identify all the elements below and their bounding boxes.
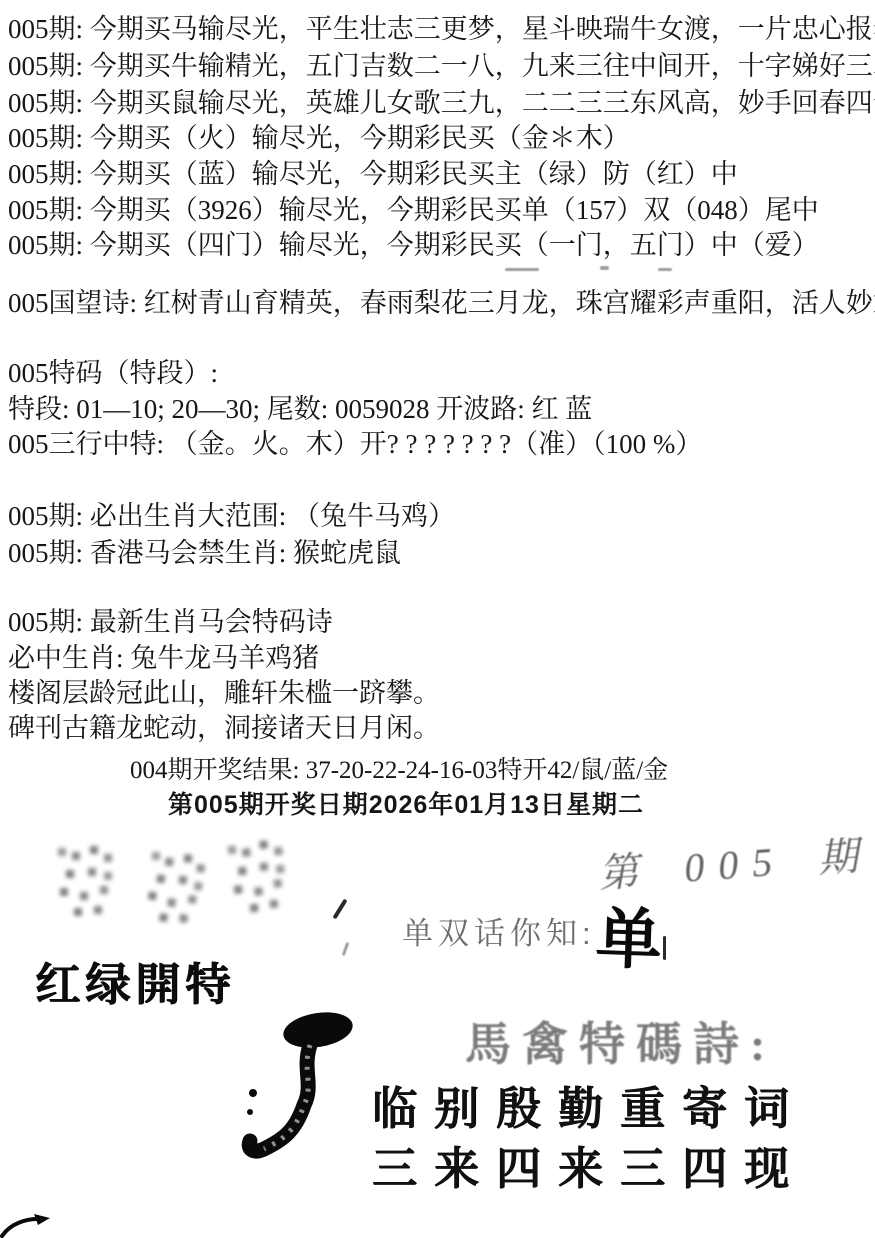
teduan-line: 特段: 01—10; 20—30; 尾数: 0059028 开波路: 红 蓝	[8, 394, 592, 425]
tema-poem-line-1: 楼阁层龄冠此山，雕轩朱槛一跻攀。	[8, 678, 440, 709]
guowang-poem: 005国望诗: 红树青山育精英，春雨梨花三月龙，珠宫耀彩声重阳，活人妙术神通大。	[8, 288, 875, 319]
faded-ink-smudge	[151, 851, 160, 860]
snake-body	[249, 1045, 310, 1151]
tip-line-4: 005期: 今期买（火）输尽光，今期彩民买（金＊木）	[8, 123, 630, 154]
odd-even-hint-label: 单双话你知:	[402, 908, 596, 953]
faded-ink-smudge	[58, 848, 66, 856]
corner-pen-stroke	[0, 1198, 70, 1238]
snake-speck	[249, 1089, 257, 1097]
stray-pen-mark	[663, 936, 666, 960]
stray-pen-mark	[332, 899, 347, 920]
faded-ink-smudge	[228, 846, 237, 855]
snake-head	[281, 1008, 355, 1053]
tema-poem-line-2: 碑刊古籍龙蛇动，洞接诸天日月闲。	[8, 713, 440, 744]
must-hit-zodiac: 必中生肖: 兔牛龙马羊鸡猪	[8, 643, 319, 674]
stray-pen-mark	[342, 942, 350, 956]
scan-noise-dash	[658, 268, 672, 271]
tip-line-7: 005期: 今期买（四门）输尽光，今期彩民买（一门，五门）中（爱）	[8, 230, 819, 261]
farewell-poem-line-1: 临别殷勤重寄词	[372, 1072, 806, 1137]
pen-stroke-tip	[34, 1214, 50, 1225]
banned-zodiac: 005期: 香港马会禁生肖: 猴蛇虎鼠	[8, 538, 401, 569]
scan-noise-dash	[505, 268, 539, 271]
tip-line-5: 005期: 今期买（蓝）输尽光，今期彩民买主（绿）防（红）中	[8, 159, 738, 190]
snake-speck	[247, 1109, 253, 1115]
scan-noise-dash	[600, 266, 609, 270]
tip-line-3: 005期: 今期买鼠输尽光，英雄儿女歌三九，二二三三东风高，妙手回春四十五。	[8, 88, 875, 119]
next-draw-date: 第005期开奖日期2026年01月13日星期二	[168, 791, 644, 820]
tema-poem-header: 005期: 最新生肖马会特码诗	[8, 607, 333, 638]
farewell-poem-line-2: 三来四来三四现	[372, 1132, 806, 1197]
horse-bird-poem-title: 馬禽特碼詩:	[465, 1008, 776, 1074]
tip-line-2: 005期: 今期买牛输精光，五门吉数二一八，九来三往中间开，十字娣好三二出。	[8, 51, 875, 82]
scanned-lottery-tip-sheet: 005期: 今期买马输尽光，平生壮志三更梦，星斗映瑞牛女渡，一片忠心报春秋。 0…	[0, 0, 875, 1238]
must-zodiac-range: 005期: 必出生肖大范围: （兔牛马鸡）	[8, 501, 455, 532]
tip-line-1: 005期: 今期买马输尽光，平生壮志三更梦，星斗映瑞牛女渡，一片忠心报春秋。	[8, 14, 875, 45]
red-green-open-special-stamp: 红绿開特	[35, 948, 235, 1013]
odd-even-hint-value: 单	[594, 885, 663, 982]
tip-line-6: 005期: 今期买（3926）输尽光，今期彩民买单（157）双（048）尾中	[8, 195, 819, 226]
snake-graphic	[240, 1000, 370, 1180]
sanhang-line: 005三行中特: （金。火。木）开? ? ? ? ? ? ?（准）（100 %）	[8, 429, 702, 460]
tema-header: 005特码（特段）:	[8, 358, 218, 389]
previous-result: 004期开奖结果: 37-20-22-24-16-03特开42/鼠/蓝/金	[130, 757, 668, 786]
pen-stroke-curve	[2, 1219, 42, 1236]
